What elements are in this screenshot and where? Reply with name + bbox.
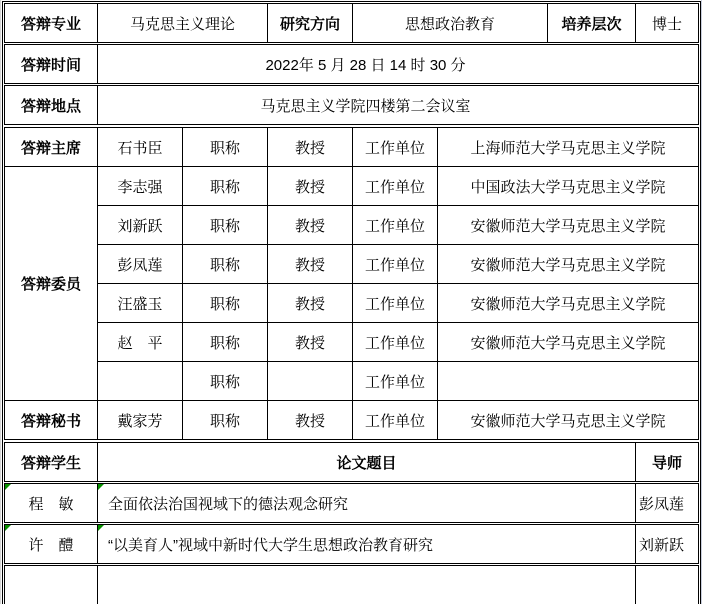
member-title: 教授	[268, 206, 353, 245]
member-unit: 安徽师范大学马克思主义学院	[438, 323, 699, 362]
student-row: 许 醴 “以美育人”视域中新时代大学生思想政治教育研究 刘新跃	[5, 524, 699, 565]
student-name	[5, 565, 98, 604]
defense-info-table: 答辩专业 马克思主义理论 研究方向 思想政治教育 培养层次 博士 答辩时间 20…	[2, 1, 701, 604]
member-name: 刘新跃	[98, 206, 183, 245]
member-unit: 安徽师范大学马克思主义学院	[438, 206, 699, 245]
secretary-name: 戴家芳	[98, 401, 183, 442]
title-label: 职称	[183, 167, 268, 206]
major-value: 马克思主义理论	[98, 4, 268, 44]
committee-member-row: 赵 平 职称 教授 工作单位 安徽师范大学马克思主义学院	[5, 323, 699, 362]
student-thesis: “以美育人”视域中新时代大学生思想政治教育研究	[98, 524, 636, 565]
member-unit: 安徽师范大学马克思主义学院	[438, 245, 699, 284]
chair-label: 答辩主席	[5, 126, 98, 167]
committee-member-row: 汪盛玉 职称 教授 工作单位 安徽师范大学马克思主义学院	[5, 284, 699, 323]
level-label: 培养层次	[548, 4, 636, 44]
committee-member-row-empty: 职称 工作单位	[5, 362, 699, 401]
workunit-label: 工作单位	[353, 167, 438, 206]
student-header-row: 答辩学生 论文题目 导师	[5, 441, 699, 483]
student-name: 程 敏	[5, 483, 98, 524]
member-name: 彭凤莲	[98, 245, 183, 284]
workunit-label: 工作单位	[353, 401, 438, 442]
secretary-unit: 安徽师范大学马克思主义学院	[438, 401, 699, 442]
committee-member-row: 答辩委员 李志强 职称 教授 工作单位 中国政法大学马克思主义学院	[5, 167, 699, 206]
workunit-label: 工作单位	[353, 323, 438, 362]
chair-row: 答辩主席 石书臣 职称 教授 工作单位 上海师范大学马克思主义学院	[5, 126, 699, 167]
chair-unit: 上海师范大学马克思主义学院	[438, 126, 699, 167]
location-label: 答辩地点	[5, 85, 98, 127]
title-label: 职称	[183, 126, 268, 167]
header-row-major: 答辩专业 马克思主义理论 研究方向 思想政治教育 培养层次 博士	[5, 4, 699, 44]
title-label: 职称	[183, 245, 268, 284]
secretary-title: 教授	[268, 401, 353, 442]
header-row-time: 答辩时间 2022年 5 月 28 日 14 时 30 分	[5, 44, 699, 85]
time-value: 2022年 5 月 28 日 14 时 30 分	[98, 44, 699, 85]
member-title: 教授	[268, 167, 353, 206]
student-supervisor: 彭凤莲	[636, 483, 699, 524]
chair-name: 石书臣	[98, 126, 183, 167]
committee-member-row: 彭凤莲 职称 教授 工作单位 安徽师范大学马克思主义学院	[5, 245, 699, 284]
secretary-label: 答辩秘书	[5, 401, 98, 442]
member-unit	[438, 362, 699, 401]
direction-value: 思想政治教育	[353, 4, 548, 44]
member-unit: 安徽师范大学马克思主义学院	[438, 284, 699, 323]
header-row-location: 答辩地点 马克思主义学院四楼第二会议室	[5, 85, 699, 127]
member-title: 教授	[268, 284, 353, 323]
student-supervisor	[636, 565, 699, 604]
workunit-label: 工作单位	[353, 362, 438, 401]
workunit-label: 工作单位	[353, 284, 438, 323]
title-label: 职称	[183, 401, 268, 442]
student-thesis	[98, 565, 636, 604]
student-row-empty	[5, 565, 699, 604]
member-name: 李志强	[98, 167, 183, 206]
member-name	[98, 362, 183, 401]
workunit-label: 工作单位	[353, 245, 438, 284]
chair-title: 教授	[268, 126, 353, 167]
member-name: 汪盛玉	[98, 284, 183, 323]
location-value: 马克思主义学院四楼第二会议室	[98, 85, 699, 127]
title-label: 职称	[183, 206, 268, 245]
student-label: 答辩学生	[5, 441, 98, 483]
member-label: 答辩委员	[5, 167, 98, 401]
thesis-label: 论文题目	[98, 441, 636, 483]
committee-member-row: 刘新跃 职称 教授 工作单位 安徽师范大学马克思主义学院	[5, 206, 699, 245]
major-label: 答辩专业	[5, 4, 98, 44]
time-label: 答辩时间	[5, 44, 98, 85]
workunit-label: 工作单位	[353, 126, 438, 167]
title-label: 职称	[183, 323, 268, 362]
member-title: 教授	[268, 323, 353, 362]
member-title	[268, 362, 353, 401]
workunit-label: 工作单位	[353, 206, 438, 245]
student-name: 许 醴	[5, 524, 98, 565]
supervisor-label: 导师	[636, 441, 699, 483]
direction-label: 研究方向	[268, 4, 353, 44]
defense-table: 答辩专业 马克思主义理论 研究方向 思想政治教育 培养层次 博士 答辩时间 20…	[4, 3, 699, 604]
member-title: 教授	[268, 245, 353, 284]
level-value: 博士	[636, 4, 699, 44]
student-thesis: 全面依法治国视域下的德法观念研究	[98, 483, 636, 524]
student-supervisor: 刘新跃	[636, 524, 699, 565]
member-name: 赵 平	[98, 323, 183, 362]
title-label: 职称	[183, 284, 268, 323]
student-row: 程 敏 全面依法治国视域下的德法观念研究 彭凤莲	[5, 483, 699, 524]
title-label: 职称	[183, 362, 268, 401]
secretary-row: 答辩秘书 戴家芳 职称 教授 工作单位 安徽师范大学马克思主义学院	[5, 401, 699, 442]
member-unit: 中国政法大学马克思主义学院	[438, 167, 699, 206]
